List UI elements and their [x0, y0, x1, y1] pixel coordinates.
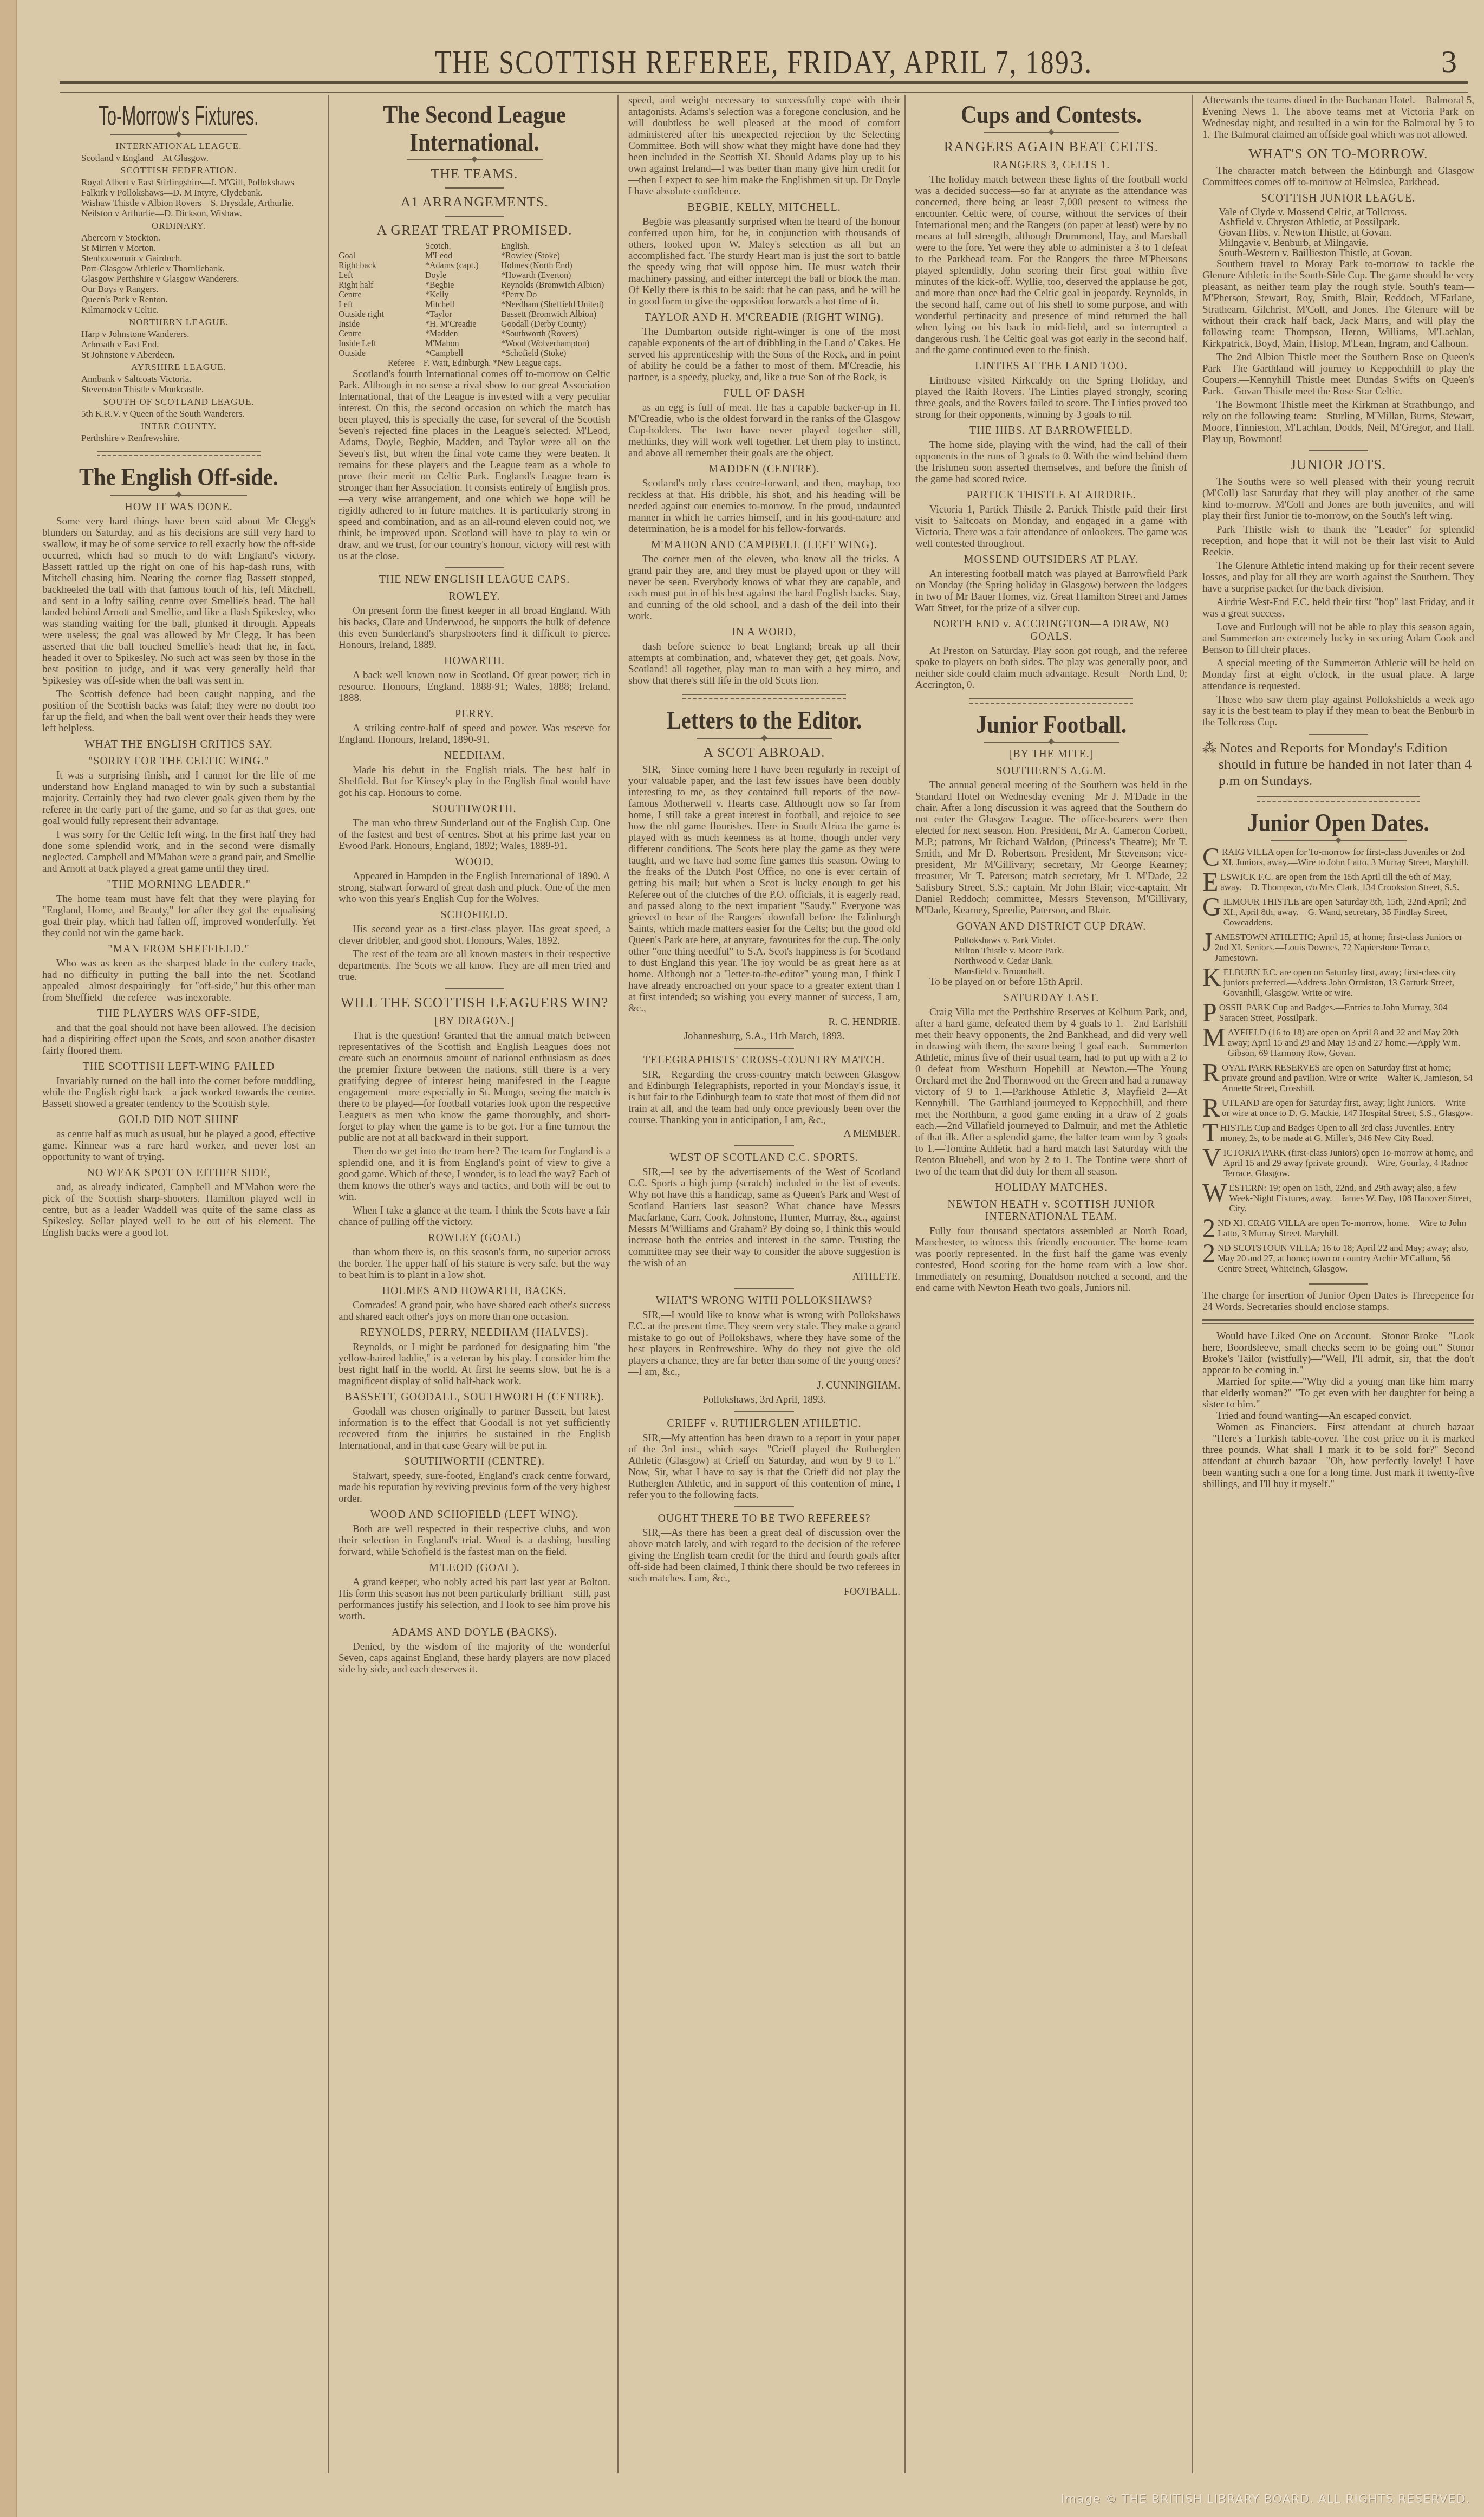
cap-name: WOOD.	[339, 856, 610, 868]
player-heading: ADAMS AND DOYLE (BACKS).	[339, 1626, 610, 1639]
position: Outside right	[339, 310, 425, 320]
international-title: The Second League International.	[355, 101, 594, 156]
jot-paragraph: Park Thistle wish to thank the "Leader" …	[1202, 524, 1474, 558]
team-row: Outside right*TaylorBassett (Bromwich Al…	[339, 310, 610, 320]
player-heading: REYNOLDS, PERRY, NEEDHAM (HALVES).	[339, 1327, 610, 1339]
article-paragraph: Craig Villa met the Perthshire Reserves …	[915, 1007, 1187, 1177]
section-text: The Dumbarton outside right-winger is on…	[628, 326, 900, 383]
team-row: Inside*H. M'CreadieGoodall (Derby County…	[339, 320, 610, 329]
section-heading: TAYLOR AND H. M'CREADIE (RIGHT WING).	[628, 312, 900, 324]
article-paragraph: That is the question! Granted that the a…	[339, 1030, 610, 1144]
charge-note: The charge for insertion of Junior Open …	[1202, 1290, 1474, 1313]
player-heading: WOOD AND SCHOFIELD (LEFT WING).	[339, 1509, 610, 1521]
entry-text: ELBURN F.C. are open on Saturday first, …	[1223, 967, 1456, 998]
cap-name: SCHOFIELD.	[339, 909, 610, 922]
referees-heading: OUGHT THERE TO BE TWO REFEREES?	[628, 1513, 900, 1525]
open-dates-title: Junior Open Dates.	[1219, 809, 1458, 837]
fixture-item: Our Boys v Rangers.	[42, 284, 315, 294]
cups-title: Cups and Contests.	[932, 101, 1171, 129]
offside-title: The English Off-side.	[58, 464, 299, 491]
jot-paragraph: Airdrie West-End F.C. held their first "…	[1202, 596, 1474, 619]
short-rule	[445, 567, 504, 568]
column-1: To-Morrow's Fixtures. INTERNATIONAL LEAG…	[32, 95, 325, 2473]
ornament-divider	[697, 738, 832, 739]
league-item: Govan Hibs. v. Newton Thistle, at Govan.	[1202, 228, 1474, 238]
section-heading: MOSSEND OUTSIDERS AT PLAY.	[915, 554, 1187, 566]
short-rule	[734, 1411, 794, 1412]
fixture-section-heading: SCOTTISH FEDERATION.	[42, 165, 315, 176]
fixture-item: St Johnstone v Aberdeen.	[42, 349, 315, 360]
article-paragraph: When I take a glance at the team, I thin…	[339, 1205, 610, 1228]
joke-paragraph: Would have Liked One on Account.—Stonor …	[1202, 1331, 1474, 1376]
referee-line: Referee—F. Watt, Edinburgh. *New League …	[339, 359, 610, 368]
open-date-entry: RUTLAND are open for Saturday first, awa…	[1202, 1098, 1474, 1118]
drop-initial: M	[1202, 1027, 1226, 1049]
player-heading: SOUTHWORTH (CENTRE).	[339, 1456, 610, 1468]
open-date-entry: JAMESTOWN ATHLETIC; April 15, at home; f…	[1202, 932, 1474, 963]
open-date-entry: ROYAL PARK RESERVES are open on Saturday…	[1202, 1062, 1474, 1093]
wavy-divider	[969, 698, 1132, 704]
masthead-rule	[60, 81, 1468, 93]
player-heading: BASSETT, GOODALL, SOUTHWORTH (CENTRE).	[339, 1391, 610, 1404]
joke-paragraph: Married for spite.—"Why did a young man …	[1202, 1376, 1474, 1410]
open-date-entry: CRAIG VILLA open for To-morrow for first…	[1202, 847, 1474, 867]
rangers-score: RANGERS 3, CELTS 1.	[915, 159, 1187, 172]
fixture-item: Harp v Johnstone Wanderers.	[42, 329, 315, 339]
ornament-divider	[1271, 840, 1407, 841]
joke-paragraph: Women as Financiers.—First attendant at …	[1202, 1422, 1474, 1490]
entry-text: ICTORIA PARK (first-class Juniors) open …	[1223, 1147, 1473, 1178]
section-heading: FULL OF DASH	[628, 387, 900, 400]
english-player: *Perry Do	[501, 290, 537, 300]
entry-text: OYAL PARK RESERVES are open on Saturday …	[1222, 1062, 1473, 1093]
draw-item: Mansfield v. Broomhall.	[915, 966, 1187, 976]
entry-text: UTLAND are open for Saturday first, away…	[1222, 1098, 1473, 1118]
letter-signature: A MEMBER.	[628, 1128, 900, 1140]
jot-paragraph: The Glenure Athletic intend making up fo…	[1202, 560, 1474, 594]
fixtures-list: INTERNATIONAL LEAGUE.Scotland v England—…	[42, 141, 315, 443]
short-rule	[734, 1048, 794, 1049]
wavy-divider	[682, 694, 845, 699]
scotch-player: *Madden	[425, 329, 501, 339]
page-edge	[0, 0, 17, 2517]
letter-signature: ATHLETE.	[628, 1271, 900, 1283]
article-paragraph: Fully four thousand spectators assembled…	[915, 1225, 1187, 1294]
entry-text: ESTERN: 19; open on 15th, 22nd, and 29th…	[1229, 1183, 1472, 1214]
fixture-item: Queen's Park v Renton.	[42, 294, 315, 304]
jot-paragraph: Love and Furlough will not be able to pl…	[1202, 621, 1474, 656]
player-heading: M'LEOD (GOAL).	[339, 1562, 610, 1574]
article-paragraph: The Scottish defence had been caught nap…	[42, 689, 315, 734]
open-date-entry: THISTLE Cup and Badges Open to all 3rd c…	[1202, 1123, 1474, 1143]
subhead-treat: A GREAT TREAT PROMISED.	[339, 222, 610, 238]
article-paragraph: Scotland's fourth International comes of…	[339, 368, 610, 562]
continued-paragraph: speed, and weight necessary to successfu…	[628, 95, 900, 197]
fixtures-title: To-Morrow's Fixtures.	[94, 101, 263, 131]
entry-text: ND SCOTSTOUN VILLA; 16 to 18; April 22 a…	[1218, 1243, 1468, 1274]
fixture-item: Kilmarnock v Celtic.	[42, 304, 315, 315]
cap-name: HOWARTH.	[339, 655, 610, 667]
english-player: *Southworth (Rovers)	[501, 329, 578, 339]
jots-list: The Souths were so well pleased with the…	[1202, 476, 1474, 728]
open-date-entry: ELSWICK F.C. are open from the 15th Apri…	[1202, 872, 1474, 892]
newton-heading: NEWTON HEATH v. SCOTTISH JUNIOR INTERNAT…	[915, 1198, 1187, 1223]
letter-place: Pollokshaws, 3rd April, 1893.	[628, 1394, 900, 1406]
article-paragraph: It was a surprising finish, and I cannot…	[42, 770, 315, 827]
section-heading: IN A WORD,	[628, 626, 900, 639]
pollok-heading: WHAT'S WRONG WITH POLLOKSHAWS?	[628, 1295, 900, 1307]
section-heading: PARTICK THISTLE AT AIRDRIE.	[915, 489, 1187, 502]
crieff-heading: CRIEFF v. RUTHERGLEN ATHLETIC.	[628, 1418, 900, 1430]
drop-initial: W	[1202, 1183, 1227, 1204]
article-paragraph: The character match between the Edinburg…	[1202, 165, 1474, 188]
scotch-player: *Campbell	[425, 349, 501, 359]
letter-text: SIR,—As there has been a great deal of d…	[628, 1527, 900, 1584]
sorry-heading: "SORRY FOR THE CELTIC WING."	[42, 755, 315, 768]
critics-heading: WHAT THE ENGLISH CRITICS SAY.	[42, 738, 315, 751]
open-date-entry: GILMOUR THISTLE are open Saturday 8th, 1…	[1202, 897, 1474, 927]
short-rule	[1309, 734, 1368, 735]
drop-initial: R	[1202, 1062, 1220, 1084]
position: Left	[339, 271, 425, 281]
scotch-player: *Kelly	[425, 290, 501, 300]
rangers-heading: RANGERS AGAIN BEAT CELTS.	[915, 139, 1187, 155]
article-paragraph: The 2nd Albion Thistle meet the Southern…	[1202, 352, 1474, 397]
english-player: *Wood (Wolverhampton)	[501, 339, 589, 349]
team-row: Right back*Adams (capt.)Holmes (North En…	[339, 261, 610, 271]
position: Outside	[339, 349, 425, 359]
monday-notice: ⁂ Notes and Reports for Monday's Edition…	[1202, 740, 1474, 789]
offside-subtitle: HOW IT WAS DONE.	[42, 501, 315, 514]
drop-initial: E	[1202, 872, 1218, 893]
fixture-item: Arbroath v East End.	[42, 339, 315, 349]
short-rule	[445, 216, 504, 217]
letter-text: SIR,—My attention has been drawn to a re…	[628, 1432, 900, 1501]
player-text: than whom there is, on this season's for…	[339, 1247, 610, 1281]
section-heading: NORTH END v. ACCRINGTON—A DRAW, NO GOALS…	[915, 618, 1187, 643]
section-text: At Preston on Saturday. Play soon got ro…	[915, 645, 1187, 691]
letter-place: Johannesburg, S.A., 11th March, 1893.	[628, 1030, 900, 1042]
team-row: Inside LeftM'Mahon*Wood (Wolverhampton)	[339, 339, 610, 349]
open-date-entry: 2ND SCOTSTOUN VILLA; 16 to 18; April 22 …	[1202, 1243, 1474, 1274]
position: Left	[339, 300, 425, 310]
fixture-item: Wishaw Thistle v Albion Rovers—S. Drysda…	[42, 198, 315, 208]
entry-text: LSWICK F.C. are open from the 15th April…	[1220, 872, 1459, 892]
draw-item: Milton Thistle v. Moore Park.	[915, 945, 1187, 956]
article-paragraph: Southern travel to Moray Park to-morrow …	[1202, 258, 1474, 349]
drop-initial: J	[1202, 932, 1213, 953]
open-date-entry: MAYFIELD (16 to 18) are open on April 8 …	[1202, 1027, 1474, 1058]
letters-title: Letters to the Editor.	[645, 707, 884, 735]
team-row: LeftMitchell*Needham (Sheffield United)	[339, 300, 610, 310]
ornament-divider	[110, 134, 247, 135]
position: Inside Left	[339, 339, 425, 349]
player-heading: HOLMES AND HOWARTH, BACKS.	[339, 1285, 610, 1298]
weak-heading: NO WEAK SPOT ON EITHER SIDE,	[42, 1167, 315, 1179]
continued-paragraph: Afterwards the teams dined in the Buchan…	[1202, 95, 1474, 140]
fixture-item: Annbank v Saltcoats Victoria.	[42, 374, 315, 384]
leftwing-heading: THE SCOTTISH LEFT-WING FAILED	[42, 1061, 315, 1073]
column-5: Afterwards the teams dined in the Buchan…	[1192, 95, 1484, 2473]
english-player: *Schofield (Stoke)	[501, 349, 566, 359]
player-text: Stalwart, speedy, sure-footed, England's…	[339, 1470, 610, 1504]
letter-text: SIR,—Since coming here I have been regul…	[628, 764, 900, 1014]
fixture-section-heading: AYRSHIRE LEAGUE.	[42, 362, 315, 373]
player-text: Goodall was chosen originally to partner…	[339, 1406, 610, 1451]
english-player: *Rowley (Stoke)	[501, 251, 560, 261]
fixture-item: St Mirren v Morton.	[42, 243, 315, 253]
drop-initial: C	[1202, 847, 1220, 868]
drop-initial: T	[1202, 1123, 1218, 1144]
section-text: Victoria 1, Partick Thistle 2. Partick T…	[915, 504, 1187, 549]
jots-heading: JUNIOR JOTS.	[1202, 457, 1474, 473]
subhead-teams: THE TEAMS.	[339, 166, 610, 182]
open-date-entry: VICTORIA PARK (first-class Juniors) open…	[1202, 1147, 1474, 1178]
open-dates-list: CRAIG VILLA open for To-morrow for first…	[1202, 847, 1474, 1278]
cap-name: ROWLEY.	[339, 591, 610, 603]
ornament-divider	[110, 495, 247, 496]
fixture-item: Stevenston Thistle v Monkcastle.	[42, 384, 315, 394]
jokes-list: Would have Liked One on Account.—Stonor …	[1202, 1331, 1474, 1490]
saturday-heading: SATURDAY LAST.	[915, 992, 1187, 1004]
newspaper-title: THE SCOTTISH REFEREE, FRIDAY, APRIL 7, 1…	[200, 43, 1327, 82]
entry-text: AMESTOWN ATHLETIC; April 15, at home; fi…	[1215, 932, 1462, 963]
dragon-players: ROWLEY (GOAL)than whom there is, on this…	[339, 1232, 610, 1675]
section-text: dash before science to beat England; bre…	[628, 641, 900, 686]
entry-text: OSSIL PARK Cup and Badges.—Entries to Jo…	[1219, 1002, 1448, 1023]
holiday-heading: HOLIDAY MATCHES.	[915, 1182, 1187, 1194]
short-rule	[1309, 450, 1368, 451]
article-paragraph: The home team must have felt that they w…	[42, 893, 315, 939]
letter-signature: J. CUNNINGHAM.	[628, 1380, 900, 1392]
fixture-item: Abercorn v Stockton.	[42, 232, 315, 243]
draw-item: Pollokshaws v. Park Violet.	[915, 935, 1187, 945]
english-player: Reynolds (Bromwich Albion)	[501, 281, 604, 290]
entry-text: ILMOUR THISTLE are open Saturday 8th, 15…	[1223, 897, 1466, 927]
drop-initial: 2	[1202, 1243, 1215, 1264]
fixture-section-heading: ORDINARY.	[42, 220, 315, 231]
article-paragraph: I was sorry for the Celtic left wing. In…	[42, 829, 315, 874]
league-item: South-Western v. Baillieston Thistle, at…	[1202, 248, 1474, 258]
fixture-item: Perthshire v Renfrewshire.	[42, 433, 315, 443]
jot-paragraph: Those who saw them play against Polloksh…	[1202, 694, 1474, 728]
column-4: Cups and Contests. RANGERS AGAIN BEAT CE…	[904, 95, 1197, 2473]
agm-heading: SOUTHERN'S A.G.M.	[915, 765, 1187, 777]
cap-text: A back well known now in Scotland. Of gr…	[339, 670, 610, 704]
article-paragraph: Some very hard things have been said abo…	[42, 516, 315, 686]
letter-text: SIR,—Regarding the cross-country match b…	[628, 1069, 900, 1126]
section-text: Linthouse visited Kirkcaldy on the Sprin…	[915, 375, 1187, 420]
letter-text: SIR,—I see by the advertisements of the …	[628, 1166, 900, 1269]
fixture-item: 5th K.R.V. v Queen of the South Wanderer…	[42, 408, 315, 419]
league-item: Milngavie v. Benburb, at Milngavie.	[1202, 238, 1474, 248]
players-heading: THE PLAYERS WAS OFF-SIDE,	[42, 1008, 315, 1020]
open-date-entry: KELBURN F.C. are open on Saturday first,…	[1202, 967, 1474, 998]
article-paragraph: as centre half as much as usual, but he …	[42, 1128, 315, 1163]
cap-name: NEEDHAM.	[339, 750, 610, 762]
position: Goal	[339, 251, 425, 261]
cap-text: On present form the finest keeper in all…	[339, 605, 610, 651]
fixture-item: Neilston v Arthurlie—D. Dickson, Wishaw.	[42, 208, 315, 218]
entry-text: AYFIELD (16 to 18) are open on April 8 a…	[1228, 1027, 1461, 1058]
whats-on-heading: WHAT'S ON TO-MORROW.	[1202, 146, 1474, 162]
player-text: Reynolds, or I might be pardoned for des…	[339, 1341, 610, 1387]
ornament-divider	[984, 132, 1119, 133]
govan-draw-list: Pollokshaws v. Park Violet.Milton Thistl…	[915, 935, 1187, 976]
copyright-watermark: Image © THE BRITISH LIBRARY BOARD. ALL R…	[1060, 2493, 1470, 2506]
league-item: Ashfield v. Chryston Athletic, at Possil…	[1202, 217, 1474, 228]
scot-abroad-heading: A SCOT ABROAD.	[628, 744, 900, 761]
cap-text: Appeared in Hampden in the English Inter…	[339, 871, 610, 905]
junior-byline: [BY THE MITE.]	[915, 748, 1187, 761]
team-row: GoalM'Leod*Rowley (Stoke)	[339, 251, 610, 261]
cap-text: Made his debut in the English trials. Th…	[339, 764, 610, 799]
scotch-player: Mitchell	[425, 300, 501, 310]
cap-name: SOUTHWORTH.	[339, 803, 610, 815]
open-date-entry: POSSIL PARK Cup and Badges.—Entries to J…	[1202, 1002, 1474, 1023]
drop-initial: R	[1202, 1098, 1220, 1119]
fixture-item: Glasgow Perthshire v Glasgow Wanderers.	[42, 274, 315, 284]
article-paragraph: Then do we get into the team here? The t…	[339, 1146, 610, 1203]
drop-initial: P	[1202, 1002, 1217, 1024]
team-row: Centre*Kelly*Perry Do	[339, 290, 610, 300]
short-rule	[734, 1145, 794, 1146]
fixture-item: Scotland v England—At Glasgow.	[42, 153, 315, 163]
section-text: as an egg is full of meat. He has a capa…	[628, 402, 900, 459]
fixture-section-heading: INTERNATIONAL LEAGUE.	[42, 141, 315, 152]
junior-league-heading: SCOTTISH JUNIOR LEAGUE.	[1202, 192, 1474, 205]
scotch-player: M'Mahon	[425, 339, 501, 349]
subhead-arrangements: A1 ARRANGEMENTS.	[339, 194, 610, 210]
team-header: Scotch.English.	[339, 242, 610, 251]
team-table: GoalM'Leod*Rowley (Stoke)Right back*Adam…	[339, 251, 610, 359]
joke-paragraph: Tried and found wanting—An escaped convi…	[1202, 1410, 1474, 1422]
section-text: An interesting football match was played…	[915, 568, 1187, 614]
player-text: A grand keeper, who nobly acted his part…	[339, 1577, 610, 1622]
section-heading: THE HIBS. AT BARROWFIELD.	[915, 425, 1187, 437]
page-number: 3	[1441, 43, 1457, 80]
open-date-entry: WESTERN: 19; open on 15th, 22nd, and 29t…	[1202, 1183, 1474, 1214]
dragon-title: WILL THE SCOTTISH LEAGUERS WIN?	[339, 995, 610, 1011]
govan-note: To be played on or before 15th April.	[915, 976, 1187, 988]
position: Inside	[339, 320, 425, 329]
english-player: Goodall (Derby County)	[501, 320, 586, 329]
double-rule	[1202, 1319, 1474, 1324]
article-paragraph: The Bowmont Thistle meet the Kirkman at …	[1202, 399, 1474, 445]
position: Right back	[339, 261, 425, 271]
ornament-divider	[984, 742, 1119, 743]
section-text: The corner men of the eleven, who know a…	[628, 554, 900, 622]
scotch-player: *Adams (capt.)	[425, 261, 501, 271]
section-text: Scotland's only class centre-forward, an…	[628, 478, 900, 535]
team-row: Right half*BegbieReynolds (Bromwich Albi…	[339, 281, 610, 290]
wavy-divider	[1257, 796, 1420, 802]
fixture-item: Falkirk v Pollokshaws—D. M'Intyre, Clyde…	[42, 187, 315, 198]
position: Centre	[339, 329, 425, 339]
fixture-section-heading: SOUTH OF SCOTLAND LEAGUE.	[42, 397, 315, 407]
drop-initial: G	[1202, 897, 1221, 918]
letter-text: SIR,—I would like to know what is wrong …	[628, 1309, 900, 1378]
draw-item: Northwood v. Cedar Bank.	[915, 956, 1187, 966]
letter-signature: R. C. HENDRIE.	[628, 1016, 900, 1028]
dragon-byline: [BY DRAGON.]	[339, 1015, 610, 1028]
ornament-divider	[407, 159, 543, 160]
english-player: *Howarth (Everton)	[501, 271, 571, 281]
article-paragraph: and that the goal should not have been a…	[42, 1022, 315, 1056]
position: Right half	[339, 281, 425, 290]
short-rule	[445, 988, 504, 989]
caps-list: ROWLEY.On present form the finest keeper…	[339, 591, 610, 946]
cap-text: The man who threw Sunderland out of the …	[339, 818, 610, 852]
article-paragraph: The annual general meeting of the Southe…	[915, 780, 1187, 916]
wavy-divider	[97, 451, 261, 456]
scotch-player: *Taylor	[425, 310, 501, 320]
team-row: LeftDoyle*Howarth (Everton)	[339, 271, 610, 281]
section-heading: BEGBIE, KELLY, MITCHELL.	[628, 202, 900, 214]
fixture-item: Port-Glasgow Athletic v Thornliebank.	[42, 263, 315, 274]
shine-heading: GOLD DID NOT SHINE	[42, 1114, 315, 1126]
short-rule	[1309, 1283, 1368, 1285]
entry-text: ND XI. CRAIG VILLA are open To-morrow, h…	[1218, 1218, 1466, 1238]
fixture-item: Stenhousemuir v Gairdoch.	[42, 253, 315, 263]
team-row: Centre*Madden*Southworth (Rovers)	[339, 329, 610, 339]
cups-subsections: LINTIES AT THE LAND TOO.Linthouse visite…	[915, 360, 1187, 691]
cap-text: A striking centre-half of speed and powe…	[339, 723, 610, 745]
player-text: Comrades! A grand pair, who have shared …	[339, 1300, 610, 1322]
govan-heading: GOVAN AND DISTRICT CUP DRAW.	[915, 920, 1187, 933]
article-paragraph: The holiday match between these lights o…	[915, 174, 1187, 356]
junior-league-list: Vale of Clyde v. Mossend Celtic, at Toll…	[1202, 207, 1474, 258]
section-heading: LINTIES AT THE LAND TOO.	[915, 360, 1187, 373]
section-heading: MADDEN (CENTRE).	[628, 463, 900, 476]
junior-football-title: Junior Football.	[932, 711, 1171, 739]
short-rule	[734, 1288, 794, 1289]
article-paragraph: Invariably turned on the ball into the c…	[42, 1075, 315, 1110]
english-player: Holmes (North End)	[501, 261, 572, 271]
column-3: speed, and weight necessary to successfu…	[617, 95, 910, 2473]
letter-signature: FOOTBALL.	[628, 1586, 900, 1598]
section-heading: M'MAHON AND CAMPBELL (LEFT WING).	[628, 539, 900, 552]
tele-heading: TELEGRAPHISTS' CROSS-COUNTRY MATCH.	[628, 1054, 900, 1067]
league-item: Vale of Clyde v. Mossend Celtic, at Toll…	[1202, 207, 1474, 217]
player-heading: ROWLEY (GOAL)	[339, 1232, 610, 1244]
caps-heading: THE NEW ENGLISH LEAGUE CAPS.	[339, 574, 610, 586]
wos-heading: WEST OF SCOTLAND C.C. SPORTS.	[628, 1152, 900, 1164]
fixture-section-heading: NORTHERN LEAGUE.	[42, 317, 315, 328]
short-rule	[445, 187, 504, 189]
fixture-section-heading: INTER COUNTY.	[42, 421, 315, 432]
article-paragraph: and, as already indicated, Campbell and …	[42, 1182, 315, 1238]
drop-initial: 2	[1202, 1218, 1215, 1240]
article-paragraph: The rest of the team are all known maste…	[339, 949, 610, 983]
player-text: Denied, by the wisdom of the majority of…	[339, 1641, 610, 1675]
cap-text: His second year as a first-class player.…	[339, 924, 610, 946]
scotch-player: Doyle	[425, 271, 501, 281]
short-rule	[734, 1506, 794, 1507]
player-text: Both are well respected in their respect…	[339, 1523, 610, 1558]
english-player: Bassett (Bromwich Albion)	[501, 310, 596, 320]
fixture-item: Royal Albert v East Stirlingshire—J. M'G…	[42, 177, 315, 187]
jot-paragraph: A special meeting of the Summerton Athle…	[1202, 658, 1474, 692]
leader-heading: "THE MORNING LEADER."	[42, 879, 315, 891]
open-date-entry: 2ND XI. CRAIG VILLA are open To-morrow, …	[1202, 1218, 1474, 1238]
entry-text: HISTLE Cup and Badges Open to all 3rd cl…	[1220, 1123, 1454, 1143]
drop-initial: K	[1202, 967, 1221, 989]
jot-paragraph: The Souths were so well pleased with the…	[1202, 476, 1474, 522]
section-text: The home side, playing with the wind, ha…	[915, 439, 1187, 485]
position: Centre	[339, 290, 425, 300]
scotch-player: *Begbie	[425, 281, 501, 290]
